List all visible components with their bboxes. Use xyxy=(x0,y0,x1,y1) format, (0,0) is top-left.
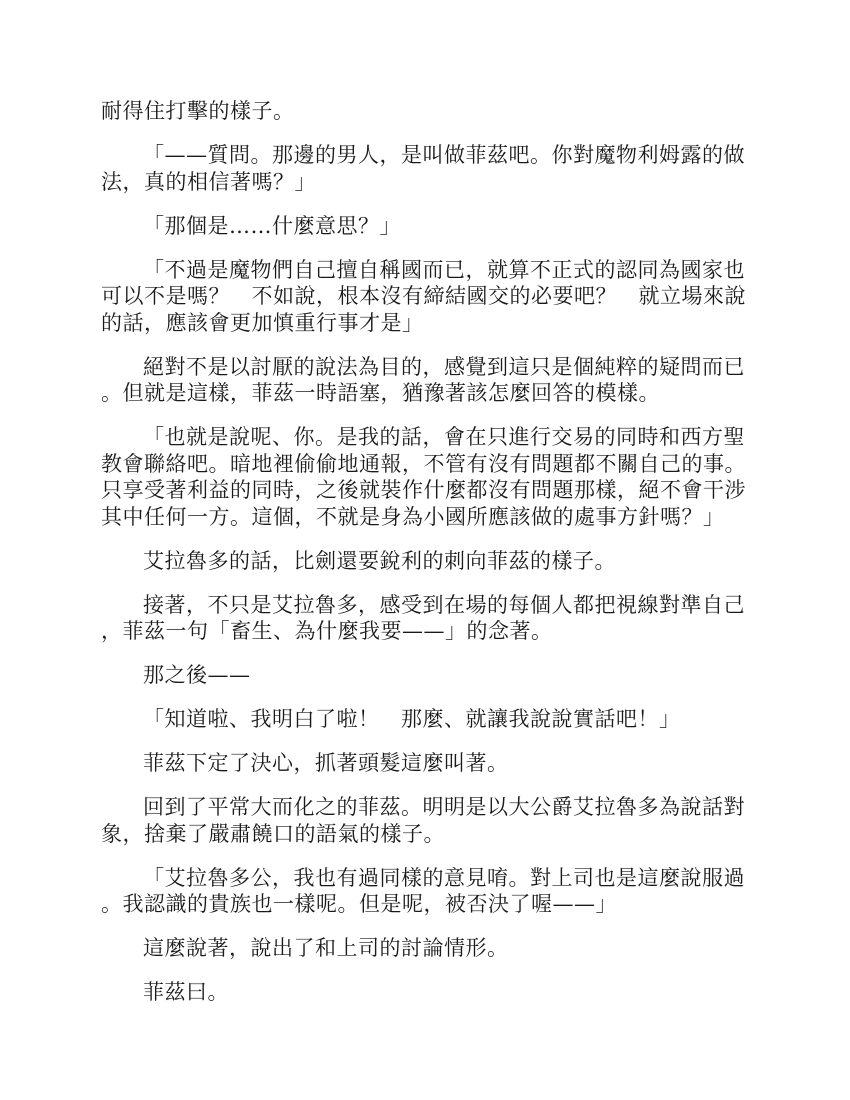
paragraph-5: 絕對不是以討厭的說法為目的，感覺到這只是個純粹的疑問而已。但就是這樣，菲茲一時語… xyxy=(101,354,749,407)
paragraph-11: 菲茲下定了決心，抓著頭髮這麼叫著。 xyxy=(101,750,749,777)
paragraph-15: 菲茲曰。 xyxy=(101,979,749,1006)
document-page: 耐得住打擊的樣子。 「——質問。那邊的男人，是叫做菲茲吧。你對魔物利姆露的做法，… xyxy=(101,98,749,1023)
paragraph-10-dialogue: 「知道啦、我明白了啦！ 那麼、就讓我說說實話吧！」 xyxy=(101,706,749,733)
paragraph-14: 這麼說著，說出了和上司的討論情形。 xyxy=(101,935,749,962)
paragraph-8: 接著，不只是艾拉魯多，感受到在場的每個人都把視線對準自己，菲茲一句「畜生、為什麼… xyxy=(101,592,749,645)
paragraph-4-dialogue: 「不過是魔物們自己擅自稱國而已，就算不正式的認同為國家也可以不是嗎？ 不如說，根… xyxy=(101,257,749,337)
paragraph-12: 回到了平常大而化之的菲茲。明明是以大公爵艾拉魯多為說話對象，捨棄了嚴肅饒口的語氣… xyxy=(101,794,749,847)
paragraph-1: 耐得住打擊的樣子。 xyxy=(101,98,749,125)
paragraph-13-dialogue: 「艾拉魯多公，我也有過同樣的意見唷。對上司也是這麼說服過。我認識的貴族也一樣呢。… xyxy=(101,865,749,918)
paragraph-3-dialogue: 「那個是……什麼意思？」 xyxy=(101,213,749,240)
paragraph-2-dialogue: 「——質問。那邊的男人，是叫做菲茲吧。你對魔物利姆露的做法，真的相信著嗎？」 xyxy=(101,142,749,195)
paragraph-7: 艾拉魯多的話，比劍還要銳利的刺向菲茲的樣子。 xyxy=(101,548,749,575)
paragraph-9: 那之後—— xyxy=(101,662,749,689)
paragraph-6-dialogue: 「也就是說呢、你。是我的話，會在只進行交易的同時和西方聖教會聯絡吧。暗地裡偷偷地… xyxy=(101,424,749,530)
